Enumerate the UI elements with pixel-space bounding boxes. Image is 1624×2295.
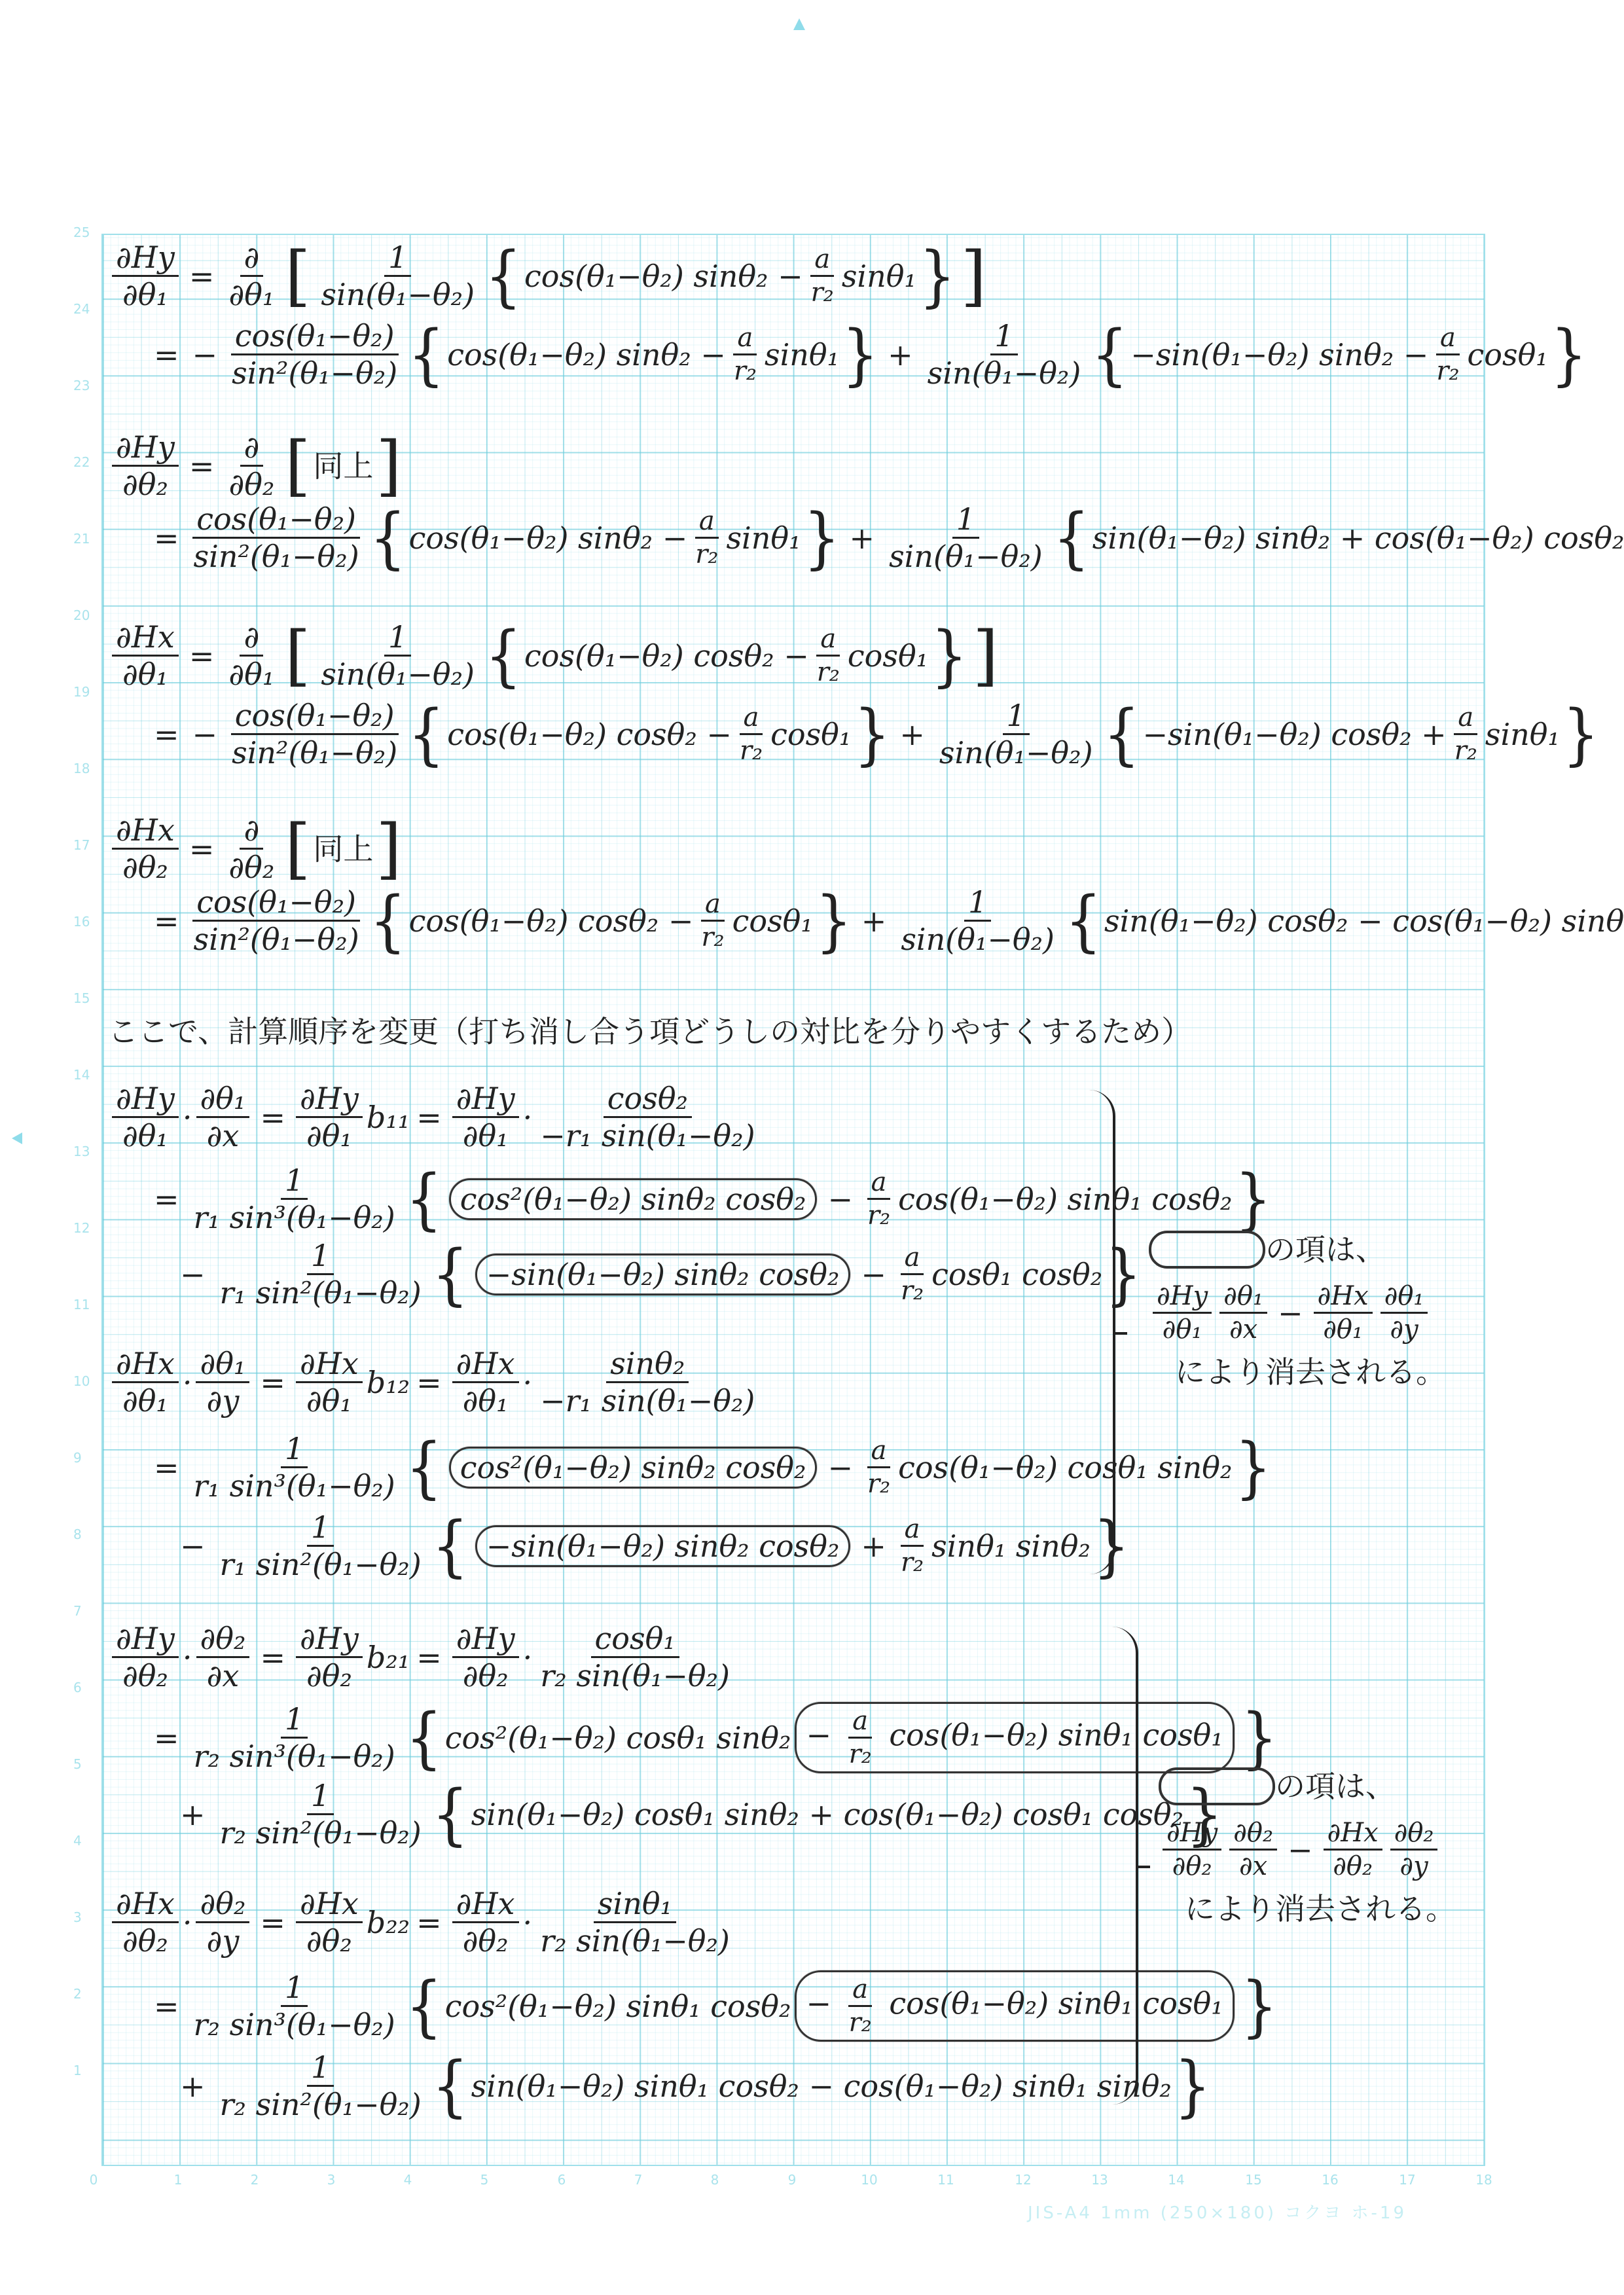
ruler-label: 22	[73, 454, 90, 470]
side-note-2: の項は、 ∂Hy∂θ₂ ∂θ₂∂x − ∂Hx∂θ₂ ∂θ₂∂y により消去され…	[1159, 1767, 1456, 1938]
ruler-label: 25	[73, 225, 90, 240]
fraction: 1sin(θ₁−θ₂)	[317, 622, 478, 689]
same-as-above-label: 同上	[313, 834, 373, 864]
ruler-label: 10	[861, 2172, 877, 2188]
ruler-label: 14	[1168, 2172, 1184, 2188]
center-mark-left	[12, 1132, 22, 1144]
ruler-label: 15	[1245, 2172, 1261, 2188]
fraction: ar₂	[697, 891, 728, 950]
fraction: ∂∂θ₁	[225, 622, 278, 689]
block-b21-line1: ∂Hy∂θ₂ · ∂θ₂∂x = ∂Hy∂θ₂ b₂₁ = ∂Hy∂θ₂ · c…	[108, 1623, 738, 1691]
equation-dHy-dtheta2-line2: = cos(θ₁−θ₂)sin²(θ₁−θ₂) { cos(θ₁−θ₂) sin…	[147, 504, 1624, 571]
ruler-label: 23	[73, 378, 90, 393]
ruler-label: 1	[174, 2172, 183, 2188]
group-brace-2	[1110, 1627, 1138, 2105]
fraction: ar₂	[813, 626, 844, 685]
ruler-label: 18	[73, 761, 90, 776]
coefficient: b₂₂	[367, 1907, 410, 1938]
fraction: ar₂	[807, 246, 838, 306]
ruler-label: 7	[73, 1603, 82, 1619]
center-mark-top	[793, 18, 805, 30]
ruler-label: 2	[73, 1986, 82, 2002]
ruler-label: 1	[73, 2063, 82, 2078]
ruler-label: 6	[73, 1680, 82, 1695]
coefficient: b₂₁	[367, 1642, 410, 1672]
ruler-label: 12	[1015, 2172, 1031, 2188]
fraction: ar₂	[1432, 325, 1463, 384]
equation-dHx-dtheta2-line1: ∂Hx∂θ₂ = ∂∂θ₂ [ 同上 ]	[108, 815, 404, 882]
fraction: ar₂	[730, 325, 761, 384]
ruler-label: 19	[73, 684, 90, 700]
circled-term: − ar₂ cos(θ₁−θ₂) sinθ₁ cosθ₁	[795, 1970, 1234, 2042]
ruler-label: 2	[251, 2172, 259, 2188]
equation-dHy-dtheta1-line2: = − cos(θ₁−θ₂)sin²(θ₁−θ₂) { cos(θ₁−θ₂) s…	[147, 321, 1590, 388]
block-b22-line3: + 1r₂ sin²(θ₁−θ₂) { sin(θ₁−θ₂) sinθ₁ cos…	[173, 2052, 1214, 2120]
equation-dHx-dtheta2-line2: = cos(θ₁−θ₂)sin²(θ₁−θ₂) { cos(θ₁−θ₂) cos…	[147, 887, 1624, 954]
ruler-label: 4	[73, 1833, 82, 1849]
fraction: ∂Hy∂θ₂	[112, 432, 179, 499]
fraction: cos(θ₁−θ₂)sin²(θ₁−θ₂)	[228, 700, 401, 768]
ruler-label: 5	[480, 2172, 489, 2188]
ruler-label: 20	[73, 607, 90, 623]
ruler-label: 3	[73, 1909, 82, 1925]
ruler-label: 16	[1322, 2172, 1338, 2188]
equation-dHy-dtheta1-line1: ∂Hy∂θ₁ = ∂∂θ₁ [ 1sin(θ₁−θ₂) { cos(θ₁−θ₂)…	[108, 242, 989, 310]
ruler-label: 11	[937, 2172, 954, 2188]
fraction: ar₂	[736, 704, 767, 764]
ruler-label: 21	[73, 531, 90, 547]
ruler-label: 3	[327, 2172, 336, 2188]
circled-term: − ar₂ cos(θ₁−θ₂) sinθ₁ cosθ₁	[795, 1702, 1234, 1773]
ruler-label: 11	[73, 1297, 90, 1312]
fraction: 1sin(θ₁−θ₂)	[897, 887, 1058, 954]
fraction: ar₂	[1451, 704, 1481, 764]
fraction: ∂Hy∂θ₁	[112, 242, 179, 310]
block-b12-line3: − 1r₁ sin²(θ₁−θ₂) { −sin(θ₁−θ₂) sinθ₂ co…	[173, 1512, 1132, 1580]
fraction: ∂Hx∂θ₁	[112, 622, 179, 689]
fraction: 1sin(θ₁−θ₂)	[885, 504, 1047, 571]
fraction: ∂∂θ₁	[225, 242, 278, 310]
ruler-label: 8	[73, 1527, 82, 1542]
ruler-label: 17	[1399, 2172, 1415, 2188]
block-b22-line1: ∂Hx∂θ₂ · ∂θ₂∂y = ∂Hx∂θ₂ b₂₂ = ∂Hx∂θ₂ · s…	[108, 1888, 738, 1956]
coefficient: b₁₁	[367, 1102, 410, 1132]
ruler-label: 14	[73, 1067, 90, 1083]
circled-term: cos²(θ₁−θ₂) sinθ₂ cosθ₂	[449, 1178, 818, 1220]
ruler-label: 0	[90, 2172, 98, 2188]
equation-dHy-dtheta2-line1: ∂Hy∂θ₂ = ∂∂θ₂ [ 同上 ]	[108, 432, 404, 499]
circled-term: −sin(θ₁−θ₂) sinθ₂ cosθ₂	[475, 1254, 851, 1295]
same-as-above-label: 同上	[313, 451, 373, 481]
ruler-label: 4	[404, 2172, 412, 2188]
block-b11-line3: − 1r₁ sin²(θ₁−θ₂) { −sin(θ₁−θ₂) sinθ₂ co…	[173, 1240, 1144, 1308]
paper-spec-label: JIS-A4 1mm (250×180) コクヨ ホ-19	[1028, 2199, 1407, 2224]
fraction: cos(θ₁−θ₂)sin²(θ₁−θ₂)	[190, 887, 363, 954]
circled-marker-legend	[1159, 1767, 1275, 1805]
coefficient: b₁₂	[367, 1367, 410, 1398]
ruler-label: 6	[558, 2172, 566, 2188]
circled-marker-legend	[1149, 1231, 1265, 1269]
ruler-label: 9	[73, 1450, 82, 1466]
ruler-label: 18	[1475, 2172, 1492, 2188]
ruler-label: 10	[73, 1373, 90, 1389]
ruler-label: 12	[73, 1220, 90, 1236]
circled-term: cos²(θ₁−θ₂) sinθ₂ cosθ₂	[449, 1447, 818, 1489]
ruler-label: 5	[73, 1756, 82, 1772]
fraction: ∂Hx∂θ₂	[112, 815, 179, 882]
ruler-label: 16	[73, 914, 90, 930]
block-b11-line1: ∂Hy∂θ₁ · ∂θ₁∂x = ∂Hy∂θ₁ b₁₁ = ∂Hy∂θ₁ · c…	[108, 1083, 763, 1151]
fraction: 1sin(θ₁−θ₂)	[935, 700, 1097, 768]
fraction: 1sin(θ₁−θ₂)	[924, 321, 1085, 388]
circled-term: −sin(θ₁−θ₂) sinθ₂ cosθ₂	[475, 1525, 851, 1567]
equation-dHx-dtheta1-line1: ∂Hx∂θ₁ = ∂∂θ₁ [ 1sin(θ₁−θ₂) { cos(θ₁−θ₂)…	[108, 622, 1001, 689]
ruler-label: 8	[711, 2172, 719, 2188]
side-note-1: の項は、 ∂Hy∂θ₁ ∂θ₁∂x − ∂Hx∂θ₁ ∂θ₁∂y により消去され…	[1149, 1231, 1446, 1401]
equation-dHx-dtheta1-line2: = − cos(θ₁−θ₂)sin²(θ₁−θ₂) { cos(θ₁−θ₂) c…	[147, 700, 1602, 768]
block-b12-line1: ∂Hx∂θ₁ · ∂θ₁∂y = ∂Hx∂θ₁ b₁₂ = ∂Hx∂θ₁ · s…	[108, 1348, 763, 1416]
ruler-label: 24	[73, 301, 90, 317]
ruler-label: 15	[73, 990, 90, 1006]
ruler-label: 9	[788, 2172, 797, 2188]
group-brace-1	[1087, 1090, 1115, 1574]
fraction: cos(θ₁−θ₂)sin²(θ₁−θ₂)	[190, 504, 363, 571]
ruler-label: 17	[73, 837, 90, 853]
fraction: ∂∂θ₂	[225, 815, 278, 882]
ruler-label: 13	[73, 1144, 90, 1159]
fraction: cos(θ₁−θ₂)sin²(θ₁−θ₂)	[228, 321, 401, 388]
ruler-label: 7	[634, 2172, 643, 2188]
ruler-label: 13	[1091, 2172, 1108, 2188]
fraction: ∂∂θ₂	[225, 432, 278, 499]
block-b21-line3: + 1r₂ sin²(θ₁−θ₂) { sin(θ₁−θ₂) cosθ₁ sin…	[173, 1780, 1225, 1848]
fraction: 1sin(θ₁−θ₂)	[317, 242, 478, 310]
fraction: ar₂	[691, 508, 722, 568]
reorder-note: ここで、計算順序を変更（打ち消し合う項どうしの対比を分りやすくするため）	[108, 1008, 1191, 1051]
